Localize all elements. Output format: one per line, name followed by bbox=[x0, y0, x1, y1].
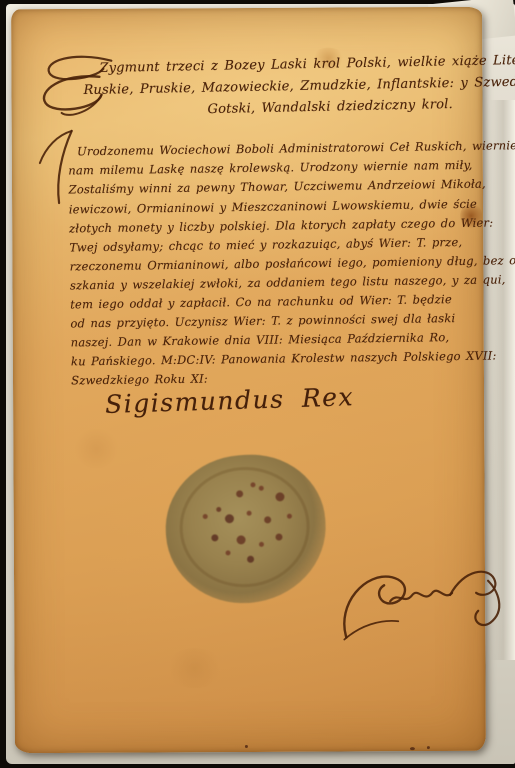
parchment-sheet: Zygmunt trzeci z Bozey Laski krol Polski… bbox=[11, 7, 486, 753]
body-line: ku Pańskiego. M:DC:IV: Panowania Krolest… bbox=[71, 348, 497, 368]
body-line: nam milemu Laskę naszę krolewską. Urodzo… bbox=[68, 158, 472, 178]
body-line: Zostaliśmy winni za pewny Thowar, Uczciw… bbox=[68, 177, 485, 197]
ink-speck bbox=[410, 747, 415, 750]
body-line: iewiczowi, Ormianinowi y Mieszczaninowi … bbox=[69, 197, 477, 217]
photo-of-manuscript: Zygmunt trzeci z Bozey Laski krol Polski… bbox=[0, 0, 515, 768]
ink-speck bbox=[245, 745, 248, 748]
body-line: od nas przyięto. Uczynisz Wier: T. z pow… bbox=[70, 311, 455, 330]
royal-signature: Sigismundus Rex bbox=[105, 382, 355, 419]
paper-stain bbox=[73, 429, 119, 469]
paper-stain bbox=[164, 648, 224, 688]
body-line: Szwedzkiego Roku XI: bbox=[71, 372, 208, 388]
royal-wax-seal bbox=[160, 449, 331, 609]
body-line: tem iego oddał y zapłacił. Co na rachunk… bbox=[70, 292, 452, 311]
header-line: Ruskie, Pruskie, Mazowieckie, Zmudzkie, … bbox=[83, 74, 515, 98]
body-line: Twej odsyłamy; chcąc to mieć y rozkazuią… bbox=[69, 235, 462, 254]
header-line: Zygmunt trzeci z Bozey Laski krol Polski… bbox=[99, 52, 515, 76]
header-line: Gotski, Wandalski dziedziczny krol. bbox=[207, 97, 453, 117]
body-line: rzeczonemu Ormianinowi, albo posłańcowi … bbox=[70, 253, 515, 274]
body-line: Urodzonemu Wociechowi Boboli Administrat… bbox=[77, 138, 515, 158]
seal-rim bbox=[175, 462, 314, 591]
tissue-fold bbox=[489, 100, 515, 660]
body-line: szkania y wszelakiej zwłoki, za oddaniem… bbox=[70, 272, 506, 292]
ink-speck bbox=[427, 746, 430, 749]
body-line: naszej. Dan w Krakowie dnia VIII: Miesią… bbox=[71, 330, 450, 349]
body-line: złotych monety y liczby polskiej. Dla kt… bbox=[69, 216, 493, 236]
